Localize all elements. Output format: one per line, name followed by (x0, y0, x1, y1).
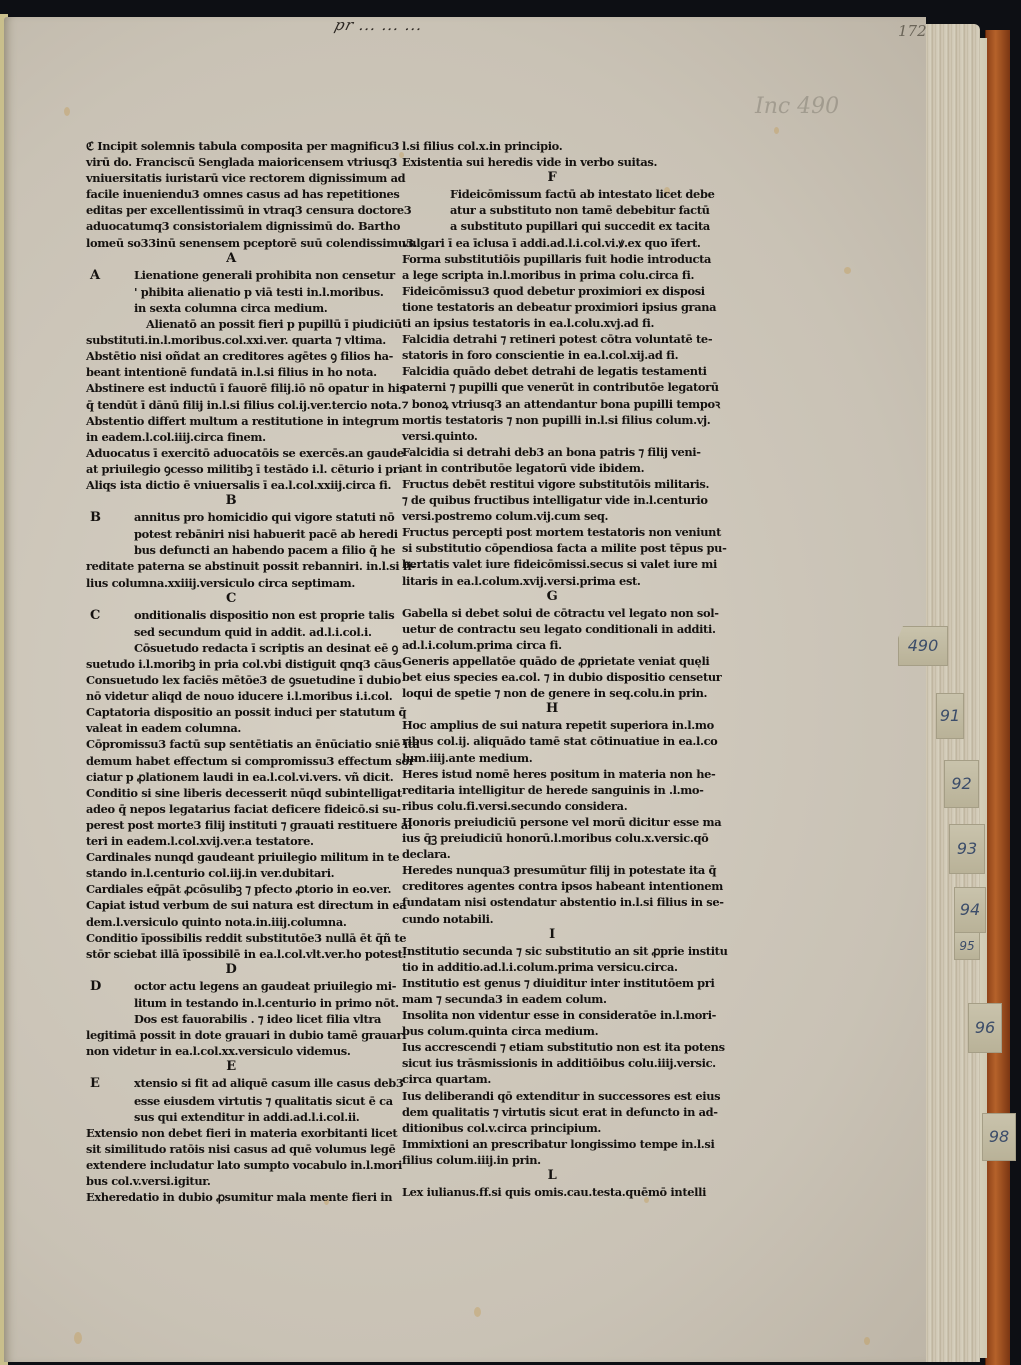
index-line: litum in testando in.l.centurio in primo… (86, 995, 376, 1011)
index-line: ⁊ bonoꝝ vtriusq3 an attendantur bona pup… (402, 396, 702, 412)
index-line: beant intentionē fundatā in.l.si filius … (86, 364, 376, 380)
index-entry-with-initial: Conditionalis dispositio non est proprie… (86, 607, 376, 624)
index-line: demum habet effectum si compromissu3 eff… (86, 753, 376, 769)
index-line: reditate paterna se abstinuit possit reb… (86, 558, 376, 574)
index-line: sus qui extenditur in addi.ad.l.i.col.ii… (86, 1109, 376, 1125)
index-line: ribus col.ij. aliquādo tamē stat cōtinua… (402, 733, 702, 749)
index-line: Existentia sui heredis vide in verbo sui… (402, 154, 702, 170)
index-line: perest post morte3 filij instituti ⁊ gra… (86, 817, 376, 833)
index-line: editas per excellentissimū in vtraq3 cen… (86, 202, 376, 218)
index-line: sicut ius trāsmissionis in additiōibus c… (402, 1055, 702, 1071)
index-line: extendere includatur lato sumpto vocabul… (86, 1157, 376, 1173)
section-letter-heading: E (86, 1059, 376, 1075)
index-line: atur a substituto non tamē debebitur fac… (402, 202, 702, 218)
index-line: Heredes nunqua3 presumūtur filij in pote… (402, 862, 702, 878)
drop-initial: A (90, 268, 134, 284)
index-line: Lex iulianus.ff.si quis omis.cau.testa.q… (402, 1184, 702, 1200)
index-line: bus defuncti an habendo pacem a filio q̄… (86, 542, 376, 558)
drop-initial: E (90, 1076, 134, 1092)
index-line: Cardinales nunqd gaudeant priuilegio mil… (86, 849, 376, 865)
fore-edge-tab[interactable]: 93 (949, 824, 985, 874)
drop-initial: C (90, 608, 134, 624)
index-line: a substituto pupillari qui succedit ex t… (402, 218, 702, 234)
index-line: Generis appellatōe quādo de ꝓprietate ve… (402, 653, 702, 669)
fore-edge-tab[interactable]: 95 (954, 932, 980, 960)
index-line: fundatam nisi ostendatur abstentio in.l.… (402, 894, 702, 910)
index-line: esse eiusdem virtutis ⁊ qualitatis sicut… (86, 1093, 376, 1109)
index-line: Ius deliberandi qō extenditur in success… (402, 1088, 702, 1104)
index-line: ' phibita alienatio p viā testi in.l.mor… (86, 284, 376, 300)
index-line: potest rebāniri nisi habuerit pacē ab he… (86, 526, 376, 542)
index-line: Falcidia si detrahi deb3 an bona patris … (402, 444, 702, 460)
index-line: ius q̄ꝫ preiudiciū honorū.l.moribus colu… (402, 830, 702, 846)
index-line: a lege scripta in.l.moribus in prima col… (402, 267, 702, 283)
index-line: Hoc amplius de sui natura repetit superi… (402, 717, 702, 733)
index-line: Ius accrescendi ⁊ etiam substitutio non … (402, 1039, 702, 1055)
index-entry-with-initial: Doctor actu legens an gaudeat priuilegio… (86, 978, 376, 995)
leather-cover-edge (985, 30, 1010, 1365)
index-line: cundo notabili. (402, 911, 702, 927)
index-line: bus col.v.versi.igitur. (86, 1173, 376, 1189)
index-line: Fructus percepti post mortem testatoris … (402, 524, 702, 540)
index-line: litaris in ea.l.colum.xvij.versi.prima e… (402, 573, 702, 589)
index-line: Conditio si sine liberis decesserit nūqd… (86, 785, 376, 801)
index-line: Fideicōmissu3 quod debetur proximiori ex… (402, 283, 702, 299)
section-letter-heading: H (402, 701, 702, 717)
section-letter-heading: D (86, 962, 376, 978)
index-line: versi.postremo colum.vij.cum seq. (402, 508, 702, 524)
index-line: stōr sciebat illā īpossibilē in ea.l.col… (86, 946, 376, 962)
index-entry-with-initial: Bannitus pro homicidio qui vigore statut… (86, 509, 376, 526)
section-letter-heading: G (402, 589, 702, 605)
fore-edge-tab[interactable]: 94 (954, 887, 986, 933)
fore-edge-tab[interactable]: 92 (944, 760, 979, 808)
index-line: substituti.in.l.moribus.col.xxi.ver. qua… (86, 332, 376, 348)
entry-text: octor actu legens an gaudeat priuilegio … (134, 979, 396, 993)
index-line: lomeū so33inū senensem pceptorē suū cole… (86, 235, 376, 251)
section-letter-heading: C (86, 591, 376, 607)
folio-number: 172 (898, 22, 927, 40)
index-line: ℭ Incipit solemnis tabula composita per … (86, 138, 376, 154)
section-letter-heading: L (402, 1168, 702, 1184)
index-line: Cōsuetudo redacta ī scriptis an desinat … (86, 640, 376, 656)
entry-text: xtensio si fit ad aliquē casum ille casu… (134, 1076, 403, 1090)
index-line: bet eius species ea.col. ⁊ in dubio disp… (402, 669, 702, 685)
index-line: aduocatumq3 consistorialem dignissimū do… (86, 218, 376, 234)
index-line: mam ⁊ secunda3 in eadem colum. (402, 991, 702, 1007)
index-line: filius colum.iiij.in prin. (402, 1152, 702, 1168)
index-line: Falcidia detrahi ⁊ retineri potest cōtra… (402, 331, 702, 347)
index-line: dem qualitatis ⁊ virtutis sicut erat in … (402, 1104, 702, 1120)
index-line: Institutio est genus ⁊ diuiditur inter i… (402, 975, 702, 991)
index-line: in sexta columna circa medium. (86, 300, 376, 316)
index-line: non videtur in ea.l.col.xx.versiculo vid… (86, 1043, 376, 1059)
index-line: Extensio non debet fieri in materia exor… (86, 1125, 376, 1141)
shelf-mark: Inc 490 (755, 94, 839, 119)
entry-text: Lienatione generali prohibita non censet… (134, 268, 395, 282)
index-line: facile inueniendu3 omnes casus ad has re… (86, 186, 376, 202)
index-line: Cōpromissu3 factū sup sentētiatis an ēnū… (86, 736, 376, 752)
index-line: valeat in eadem columna. (86, 720, 376, 736)
index-line: circa quartam. (402, 1071, 702, 1087)
index-line: suetudo i.l.moribꝫ in pria col.vbi disti… (86, 656, 376, 672)
index-line: reditaria intelligitur de herede sanguin… (402, 782, 702, 798)
index-line: Fructus debēt restitui vigore substitutō… (402, 476, 702, 492)
index-line: l.si filius col.x.in principio. (402, 138, 702, 154)
index-line: sit similitudo ratōis nisi casus ad quē … (86, 1141, 376, 1157)
index-line: ad.l.i.colum.prima circa fi. (402, 637, 702, 653)
section-letter-heading: I (402, 927, 702, 943)
index-line: statoris in foro conscientie in ea.l.col… (402, 347, 702, 363)
index-line: at priuilegio ꝯcesso militibꝫ ī testādo … (86, 461, 376, 477)
index-line: Aduocatus ī exercitō aduocatōis se exerc… (86, 445, 376, 461)
index-line: lum.iiij.ante medium. (402, 750, 702, 766)
index-line: Immixtioni an prescribatur longissimo te… (402, 1136, 702, 1152)
fore-edge-tab[interactable]: 91 (936, 693, 964, 739)
index-line: versi.quinto. (402, 428, 702, 444)
index-line: Honoris preiudiciū persone vel morū dici… (402, 814, 702, 830)
fore-edge-tab[interactable]: 96 (968, 1003, 1002, 1053)
index-line: Forma substitutiōis pupillaris fuit hodi… (402, 251, 702, 267)
index-line: ant in contributōe legatorū vide ibidem. (402, 460, 702, 476)
index-line: Aliqs ista dictio ē vniuersalis ī ea.l.c… (86, 477, 376, 493)
index-line: in eadem.l.col.iiij.circa finem. (86, 429, 376, 445)
drop-initial: D (90, 979, 134, 995)
drop-initial: B (90, 510, 134, 526)
index-line: Insolita non videntur esse in considerat… (402, 1007, 702, 1023)
section-letter-heading: F (402, 170, 702, 186)
index-line: Abstētio nisi oñdat an creditores agētes… (86, 348, 376, 364)
index-line: bertatis valet iure fideicōmissi.secus s… (402, 556, 702, 572)
index-line: nō videtur aliqd de nouo iducere i.l.mor… (86, 688, 376, 704)
index-line: virū do. Franciscū Senglada maioricensem… (86, 154, 376, 170)
index-entry-with-initial: Extensio si fit ad aliquē casum ille cas… (86, 1075, 376, 1092)
index-line: uetur de contractu seu legato conditiona… (402, 621, 702, 637)
index-line: mortis testatoris ⁊ non pupilli in.l.si … (402, 412, 702, 428)
index-line: bus colum.quinta circa medium. (402, 1023, 702, 1039)
left-text-column: ℭ Incipit solemnis tabula composita per … (86, 138, 376, 1205)
index-line: tione testatoris an debeatur proximiori … (402, 299, 702, 315)
index-line: legitimā possit in dote grauari in dubio… (86, 1027, 376, 1043)
index-line: lius columna.xxiiij.versiculo circa sept… (86, 575, 376, 591)
entry-text: annitus pro homicidio qui vigore statuti… (134, 510, 394, 524)
index-line: teri in eadem.l.col.xvij.ver.a testatore… (86, 833, 376, 849)
entry-text: onditionalis dispositio non est proprie … (134, 608, 394, 622)
manuscript-inscription: pr ... ... ... (333, 16, 426, 34)
index-line: si substitutio cōpendiosa facta a milite… (402, 540, 702, 556)
index-line: dem.l.versiculo quinto nota.in.iiij.colu… (86, 914, 376, 930)
index-line: Consuetudo lex faciēs mētōe3 de ꝯsuetudi… (86, 672, 376, 688)
index-line: Alienatō an possit fieri p pupillū ī piu… (86, 316, 376, 332)
fore-edge-tab[interactable]: 490 (898, 626, 948, 666)
index-line: vulgari ī ea īclusa ī addi.ad.l.i.col.vi… (402, 235, 702, 251)
index-line: adeo q̄ nepos legatarius faciat deficere… (86, 801, 376, 817)
index-line: vniuersitatis iuristarū vice rectorem di… (86, 170, 376, 186)
index-line: declara. (402, 846, 702, 862)
index-line: q̄ tendūt ī dānū filij in.l.si filius co… (86, 397, 376, 413)
index-line: creditores agentes contra ipsos habeant … (402, 878, 702, 894)
index-line: tio in additio.ad.l.i.colum.prima versic… (402, 959, 702, 975)
index-line: ti an ipsius testatoris in ea.l.colu.xvj… (402, 315, 702, 331)
section-letter-heading: A (86, 251, 376, 267)
index-line: Abstinere est inductū ī fauorē filij.iō … (86, 380, 376, 396)
index-line: ciatur p ꝓlationem laudi in ea.l.col.vi.… (86, 769, 376, 785)
index-line: Fideicōmissum factū ab intestato licet d… (402, 186, 702, 202)
index-line: Falcidia quādo debet detrahi de legatis … (402, 363, 702, 379)
index-line: Heres istud nomē heres positum in materi… (402, 766, 702, 782)
index-line: Institutio secunda ⁊ sic substitutio an … (402, 943, 702, 959)
fore-edge-tab[interactable]: 98 (982, 1113, 1016, 1161)
index-line: stando in.l.centurio col.iij.in ver.dubi… (86, 865, 376, 881)
index-line: Abstentio differt multum a restitutione … (86, 413, 376, 429)
index-line: ⁊ de quibus fructibus intelligatur vide … (402, 492, 702, 508)
index-line: ribus colu.fi.versi.secundo considera. (402, 798, 702, 814)
index-line: Capiat istud verbum de sui natura est di… (86, 897, 376, 913)
index-line: Dos est fauorabilis . ⁊ ideo licet filia… (86, 1011, 376, 1027)
index-line: Captatoria dispositio an possit induci p… (86, 704, 376, 720)
index-line: Gabella si debet solui de cōtractu vel l… (402, 605, 702, 621)
index-line: Cardiales eq̄pāt ꝓcōsulibꝫ ⁊ pfecto ꝓtor… (86, 881, 376, 897)
index-line: loqui de spetie ⁊ non de genere in seq.c… (402, 685, 702, 701)
index-line: ditionibus col.v.circa principium. (402, 1120, 702, 1136)
right-text-column: l.si filius col.x.in principio.Existenti… (402, 138, 702, 1200)
index-entry-with-initial: ALienatione generali prohibita non cense… (86, 267, 376, 284)
index-line: sed secundum quid in addit. ad.l.i.col.i… (86, 624, 376, 640)
index-line: Exheredatio in dubio ꝓsumitur mala mente… (86, 1189, 376, 1205)
section-letter-heading: B (86, 493, 376, 509)
index-line: Conditio īpossibilis reddit substitutōe3… (86, 930, 376, 946)
index-line: paterni ⁊ pupilli que venerūt in contrib… (402, 379, 702, 395)
